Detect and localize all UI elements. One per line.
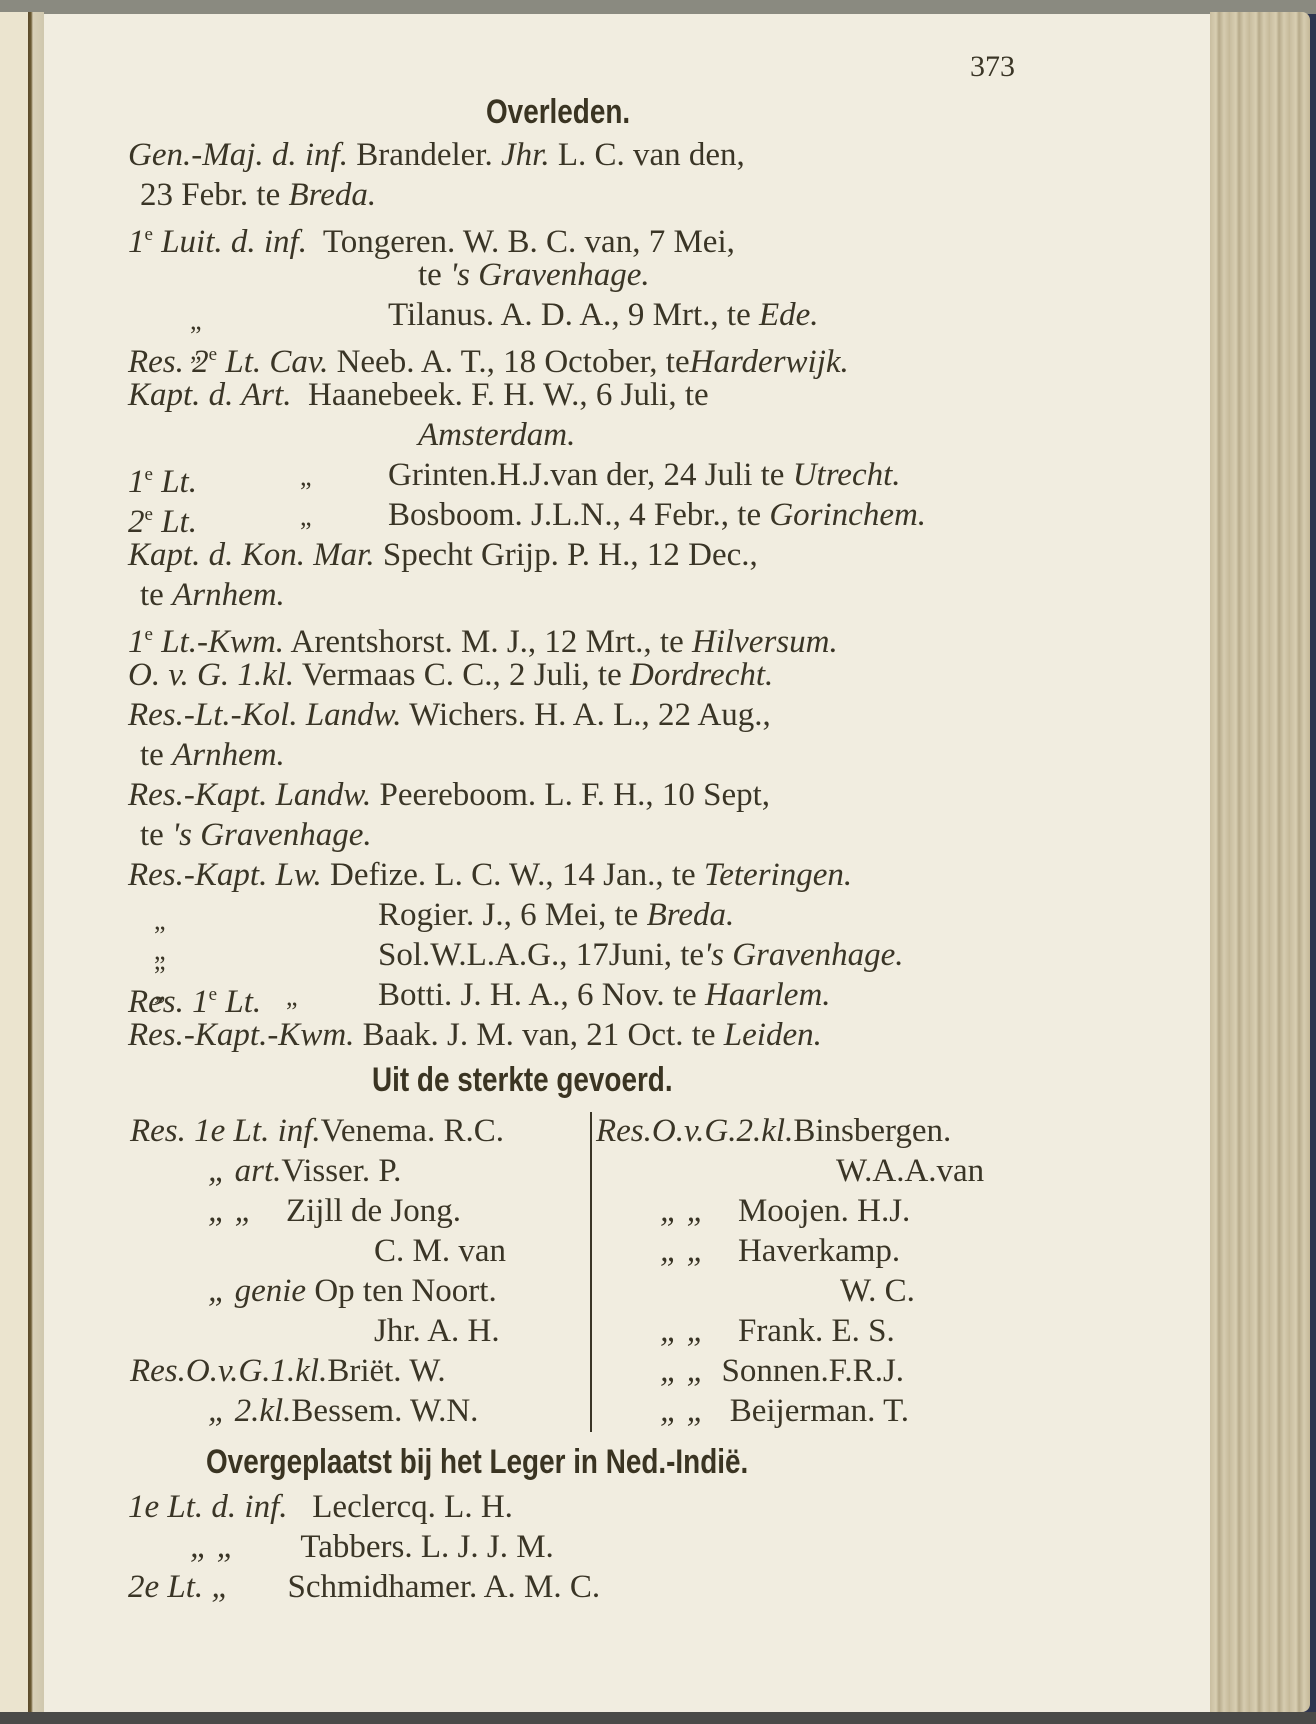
entry-name: Tilanus. A. D. A., 9 Mrt., te — [388, 297, 751, 333]
entry-title: Jhr. — [501, 137, 550, 173]
right-col-entry: „ „ Haverkamp. — [660, 1232, 900, 1270]
entry-rank: „ „ — [208, 1193, 253, 1229]
entry-name: Vermaas C. C., 2 Juli, te — [302, 657, 622, 693]
entry-continuation: te Arnhem. — [140, 576, 285, 614]
entry-rank: „ genie — [208, 1273, 306, 1309]
entry-line: Res.-Kapt. Lw. Defize. L. C. W., 14 Jan.… — [128, 856, 852, 894]
rank-num: 1 — [128, 224, 145, 260]
entry-line: 1e Lt. d. inf. Leclercq. L. H. — [128, 1488, 513, 1526]
entry-place: Utrecht. — [793, 457, 901, 493]
entry-name: Bosboom. J.L.N., 4 Febr., te — [388, 497, 761, 533]
entry-name: Bessem. W.N. — [291, 1393, 478, 1429]
entry-line: 1e Lt.-Kwm. Arentshorst. M. J., 12 Mrt.,… — [128, 616, 838, 661]
entry-line: Botti. J. H. A., 6 Nov. te Haarlem. — [378, 976, 831, 1014]
entry-name: Wichers. H. A. L., 22 Aug., — [409, 697, 771, 733]
entry-cont: te — [140, 737, 164, 773]
entry-cont: C. M. van — [374, 1233, 506, 1269]
book-gutter — [28, 12, 44, 1712]
entry-cont: W.A.A.van — [836, 1153, 984, 1189]
rank-prefix: Res. — [128, 984, 184, 1020]
rank-num: 1 — [192, 984, 209, 1020]
entry-rank: „ „ — [660, 1313, 705, 1349]
entry-name: Visser. P. — [281, 1153, 401, 1189]
entry-name: Binsbergen. — [793, 1113, 951, 1149]
entry-name: Neeb. A. T., 18 October, te — [337, 344, 690, 380]
facing-page-edge — [0, 12, 30, 1712]
entry-line: „ „ Tabbers. L. J. J. M. — [190, 1528, 554, 1566]
entry-rank: Luit. d. inf. — [161, 224, 307, 260]
entry-place: Arnhem. — [172, 737, 285, 773]
entry-rank: O. v. G. 1.kl. — [128, 657, 294, 693]
entry-line: Kapt. d. Art. Haanebeek. F. H. W., 6 Jul… — [128, 376, 709, 414]
entry-rank: „ 2.kl. — [208, 1393, 291, 1429]
entry-rank: 1e Lt. d. inf. — [128, 1489, 288, 1525]
entry-name: Schmidhamer. A. M. C. — [288, 1569, 601, 1605]
entry-name: Sonnen.F.R.J. — [721, 1353, 904, 1389]
entry-rank: Res.-Kapt.-Kwm. — [128, 1017, 354, 1053]
entry-rank: „ „ — [660, 1233, 705, 1269]
left-col-entry: Res.O.v.G.1.kl.Briët. W. — [130, 1352, 446, 1390]
entry-name: Brandeler. — [356, 137, 493, 173]
entry-rank: „ „ — [190, 1529, 235, 1565]
entry-place: 's Gravenhage. — [172, 817, 372, 853]
entry-name: Venema. R.C. — [321, 1113, 504, 1149]
entry-line: 1e Luit. d. inf. Tongeren. W. B. C. van,… — [128, 216, 735, 261]
entry-rank: „ „ — [660, 1193, 705, 1229]
entry-line: Grinten.H.J.van der, 24 Juli te Utrecht. — [388, 456, 901, 494]
entry-name: Op ten Noort. — [314, 1273, 496, 1309]
scan-top-edge — [0, 0, 1316, 14]
entry-cont: te — [418, 257, 442, 293]
entry-line: Rogier. J., 6 Mei, te Breda. — [378, 896, 734, 934]
entry-name: Frank. E. S. — [738, 1313, 895, 1349]
entry-cont: Jhr. A. H. — [374, 1313, 500, 1349]
entry-place: Amsterdam. — [418, 417, 575, 453]
entry-rank: Kapt. d. Kon. Mar. — [128, 537, 375, 573]
entry-rank: „ „ — [660, 1353, 705, 1389]
entry-place: Breda. — [647, 897, 735, 933]
entry-place: Hilversum. — [692, 624, 838, 660]
entry-continuation: Amsterdam. — [418, 416, 575, 454]
entry-name: Tongeren. W. B. C. van, 7 Mei, — [323, 224, 735, 260]
page-number: 373 — [970, 50, 1015, 84]
entry-line: Res.-Kapt.-Kwm. Baak. J. M. van, 21 Oct.… — [128, 1016, 822, 1054]
right-col-entry: „ „ Frank. E. S. — [660, 1312, 895, 1350]
entry-rank: Res. 1e Lt. inf. — [130, 1113, 321, 1149]
entry-name: Briët. W. — [327, 1353, 445, 1389]
left-col-entry: „ „ Zijll de Jong. — [208, 1192, 461, 1230]
entry-name: Peereboom. L. F. H., 10 Sept, — [379, 777, 770, 813]
entry-place: Arnhem. — [172, 577, 285, 613]
entry-name: Zijll de Jong. — [286, 1193, 461, 1229]
entry-rest: L. C. van den, — [558, 137, 745, 173]
entry-line: 1e Lt. — [128, 456, 197, 501]
entry-rank: Gen.-Maj. d. inf. — [128, 137, 348, 173]
entry-name: Arentshorst. M. J., 12 Mrt., te — [291, 624, 684, 660]
entry-name: Moojen. H.J. — [738, 1193, 910, 1229]
left-col-entry: Res. 1e Lt. inf.Venema. R.C. — [130, 1112, 504, 1150]
entry-name: Haanebeek. F. H. W., 6 Juli, te — [308, 377, 709, 413]
entry-rank: Res.O.v.G.1.kl. — [130, 1353, 327, 1389]
entry-continuation: te 's Gravenhage. — [418, 256, 650, 294]
entry-place: Teteringen. — [704, 857, 852, 893]
entry-line: Res. 2e Lt. Cav. Neeb. A. T., 18 October… — [128, 336, 849, 381]
rank-sup: e — [209, 984, 217, 1005]
entry-line: 2e Lt. „ Schmidhamer. A. M. C. — [128, 1568, 600, 1606]
rank-num: 1 — [128, 624, 145, 660]
entry-name: Sol.W.L.A.G., 17Juni, te — [378, 937, 704, 973]
entry-line: Kapt. d. Kon. Mar. Specht Grijp. P. H., … — [128, 536, 758, 574]
left-col-entry: „ genie Op ten Noort. — [208, 1272, 497, 1310]
left-col-entry: „ 2.kl.Bessem. W.N. — [208, 1392, 478, 1430]
entry-cont: te — [140, 577, 164, 613]
entry-line: Res.-Kapt. Landw. Peereboom. L. F. H., 1… — [128, 776, 770, 814]
ditto-marks: „ — [300, 502, 312, 532]
rank-sup: e — [145, 504, 153, 525]
column-divider — [590, 1112, 592, 1432]
entry-place: Ede. — [759, 297, 819, 333]
entry-place: Leiden. — [724, 1017, 822, 1053]
entry-name: Defize. L. C. W., 14 Jan., te — [330, 857, 696, 893]
entry-line: Gen.-Maj. d. inf. Brandeler. Jhr. L. C. … — [128, 136, 745, 174]
section-title-overleden: Overleden. — [486, 92, 630, 132]
entry-line: Sol.W.L.A.G., 17Juni, te's Gravenhage. — [378, 936, 904, 974]
rank-num: 1 — [128, 464, 145, 500]
entry-place: Dordrecht. — [630, 657, 773, 693]
entry-rank: „ „ — [660, 1393, 705, 1429]
entry-rank: Lt. — [161, 504, 197, 540]
rank-sup: e — [145, 464, 153, 485]
entry-line: Res.-Lt.-Kol. Landw. Wichers. H. A. L., … — [128, 696, 771, 734]
entry-place: 's Gravenhage. — [450, 257, 650, 293]
entry-rank: Res.-Kapt. Landw. — [128, 777, 371, 813]
right-col-continuation: W.A.A.van — [836, 1152, 984, 1190]
left-col-continuation: C. M. van — [374, 1232, 506, 1270]
entry-rank: „ art. — [208, 1153, 281, 1189]
right-col-continuation: W. C. — [840, 1272, 915, 1310]
right-col-entry: „ „ Beijerman. T. — [660, 1392, 909, 1430]
left-col-continuation: Jhr. A. H. — [374, 1312, 500, 1350]
entry-place: 's Gravenhage. — [704, 937, 904, 973]
entry-place: Haarlem. — [705, 977, 831, 1013]
rank-num: 2 — [192, 344, 209, 380]
entry-rank: Lt.-Kwm. — [161, 624, 284, 660]
entry-cont: te — [140, 817, 164, 853]
entry-name: Haverkamp. — [738, 1233, 900, 1269]
section-title-uit-de-sterkte: Uit de sterkte gevoerd. — [372, 1060, 673, 1100]
entry-rank: Res.O.v.G.2.kl. — [596, 1113, 793, 1149]
entry-continuation: te 's Gravenhage. — [140, 816, 372, 854]
entry-name: Botti. J. H. A., 6 Nov. te — [378, 977, 697, 1013]
entry-name: Specht Grijp. P. H., 12 Dec., — [383, 537, 758, 573]
entry-cont: 23 Febr. te — [140, 177, 280, 213]
entry-rank: Lt. Cav. — [225, 344, 328, 380]
entry-rank: 2e Lt. „ — [128, 1569, 230, 1605]
entry-rank: Kapt. d. Art. — [128, 377, 292, 413]
rank-prefix: Res. — [128, 344, 184, 380]
entry-name: Baak. J. M. van, 21 Oct. te — [363, 1017, 716, 1053]
entry-name: Leclercq. L. H. — [312, 1489, 513, 1525]
entry-line: Tilanus. A. D. A., 9 Mrt., te Ede. — [388, 296, 819, 334]
entry-line: Bosboom. J.L.N., 4 Febr., te Gorinchem. — [388, 496, 926, 534]
entry-rank: Res.-Kapt. Lw. — [128, 857, 322, 893]
ditto-marks: „ — [300, 462, 312, 492]
entry-name: Rogier. J., 6 Mei, te — [378, 897, 638, 933]
section-title-overgeplaatst: Overgeplaatst bij het Leger in Ned.-Indi… — [206, 1442, 748, 1482]
entry-rank: Lt. — [225, 984, 261, 1020]
scan-bottom-edge — [0, 1712, 1316, 1724]
right-col-entry: „ „ Moojen. H.J. — [660, 1192, 910, 1230]
rank-sup: e — [145, 624, 153, 645]
entry-name: Beijerman. T. — [730, 1393, 909, 1429]
entry-line: O. v. G. 1.kl. Vermaas C. C., 2 Juli, te… — [128, 656, 773, 694]
rank-sup: e — [145, 224, 153, 245]
entry-place: Harderwijk. — [690, 344, 849, 380]
left-col-entry: „ art.Visser. P. — [208, 1152, 401, 1190]
entry-line: 2e Lt. — [128, 496, 197, 541]
entry-line: Res. 1e Lt. — [128, 976, 261, 1021]
entry-rank: Res.-Lt.-Kol. Landw. — [128, 697, 402, 733]
page-edges — [1210, 12, 1310, 1712]
ditto-marks: „ — [286, 982, 298, 1012]
entry-continuation: 23 Febr. te Breda. — [140, 176, 376, 214]
right-col-entry: „ „ Sonnen.F.R.J. — [660, 1352, 904, 1390]
entry-continuation: te Arnhem. — [140, 736, 285, 774]
entry-cont: W. C. — [840, 1273, 915, 1309]
entry-name: Grinten.H.J.van der, 24 Juli te — [388, 457, 784, 493]
entry-rank: Lt. — [161, 464, 197, 500]
entry-name: Tabbers. L. J. J. M. — [300, 1529, 553, 1565]
entry-place: Gorinchem. — [769, 497, 926, 533]
right-col-entry: Res.O.v.G.2.kl.Binsbergen. — [596, 1112, 951, 1150]
entry-place: Breda. — [288, 177, 376, 213]
rank-sup: e — [209, 344, 217, 365]
rank-num: 2 — [128, 504, 145, 540]
